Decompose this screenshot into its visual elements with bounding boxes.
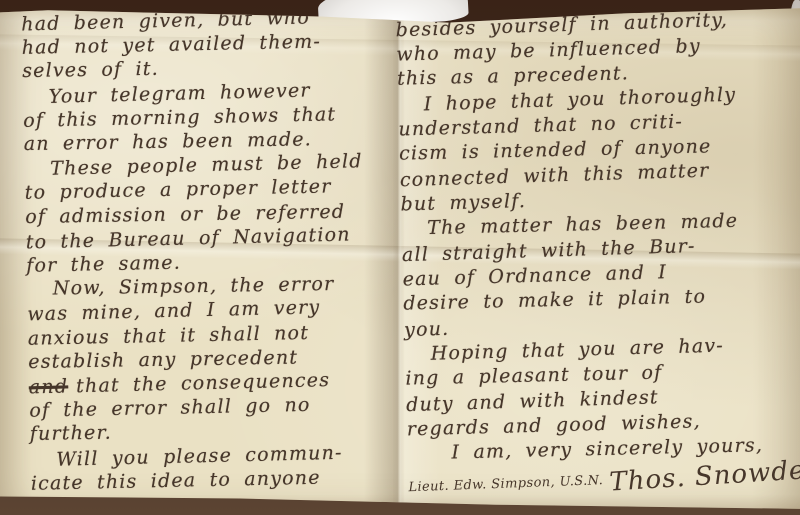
letter-paper: had been given, but who had not yet avai…	[0, 0, 800, 515]
addressee-name: Lieut. Edw. Simpson, U.S.N.	[408, 473, 603, 500]
letter-left-page: had been given, but who had not yet avai…	[21, 4, 393, 496]
letter-right-page: besides yourself in authority, who may b…	[395, 7, 800, 500]
struck-out-word: and	[29, 375, 69, 398]
photograph-of-handwritten-letter: { "document_type": "handwritten cursive …	[0, 0, 800, 515]
line-text: that the consequences	[76, 369, 331, 397]
